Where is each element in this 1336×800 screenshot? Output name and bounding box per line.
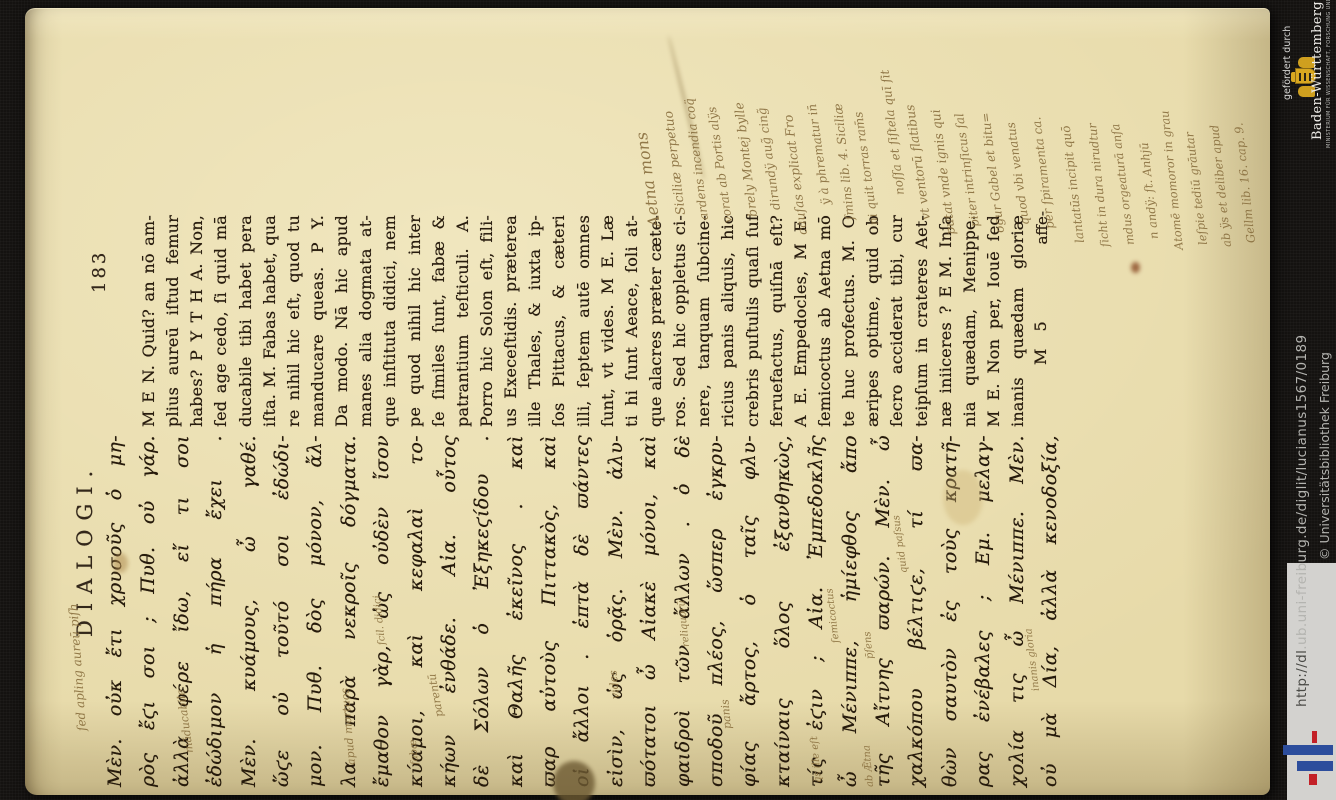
latin-text-line: ſed age cedo, ſi quid mā	[209, 215, 233, 427]
latin-text-line: pe quod nihil hic inter	[403, 215, 427, 427]
latin-text-line: ti hi ſunt Aeace, ſoli at-	[620, 215, 644, 427]
latin-text-line: manes alia dogmata at-	[354, 215, 378, 427]
greek-text-line: Μὲν. οὐκ ἔτι χρυσοῦς ὁ μη-	[99, 435, 132, 787]
greek-text-line: καὶ Θαλῆς ἐκεῖνος . καὶ	[500, 435, 533, 787]
latin-text-line: ros. Sed hic oppletus ci-	[668, 215, 692, 427]
latin-text-line: iſta. M. Fabas habet, qua	[258, 215, 282, 427]
signature-mark: M 5	[1031, 315, 1050, 365]
latin-column: M E N. Quid? an nō am-plius aureū iſtud …	[137, 215, 1030, 427]
latin-text-line: ſos Pittacus, & cæteri	[547, 215, 571, 427]
ink-stain	[553, 761, 595, 800]
greek-text-line: χολία τις ὦ Μένιππε. Μὲν.	[1001, 435, 1034, 787]
logo-blue-bar-short	[1297, 761, 1333, 771]
page-number: 183	[89, 250, 110, 293]
handwritten-margin-note: Siciliæ perpetuo	[660, 110, 688, 216]
latin-text-line: M E N. Quid? an nō am-	[137, 215, 161, 427]
handwritten-margin-note: ab ÿs et deliber apud	[1207, 124, 1234, 248]
ink-stain	[943, 470, 983, 525]
latin-text-line: Da modo. Nā hic apud	[330, 215, 354, 427]
greek-text-line: οὐ μὰ Δία, ἀλλὰ κενοδοξία,	[1034, 435, 1067, 787]
latin-text-line: que alacres præter cæte-	[644, 215, 668, 427]
ministry-label: MINISTERIUM FÜR WISSENSCHAFT, FORSCHUNG …	[1326, 0, 1332, 148]
greek-text-line: κταίναις ὅλος ἐξανθηκὼς,	[767, 435, 800, 787]
page-rotated-content: DIALOGI. 183 Μὲν. οὐκ ἔτι χρυσοῦς ὁ μη-ρ…	[25, 8, 1270, 795]
greek-text-line: ὦ Μένιππε, ἡμίεφθος ἄπο	[834, 435, 867, 787]
scanned-book-viewer: { "library_overlay": { "funding_label": …	[0, 0, 1336, 800]
latin-text-line: habes? P Y T H A. Non,	[185, 215, 209, 427]
url-scheme-segment: http://dl	[1294, 650, 1310, 707]
arms-lion-bar	[1299, 73, 1301, 81]
handwritten-margin-note: ÿ à phrematur in̄	[805, 103, 833, 206]
latin-text-line: ſunt, vt vides. M E. Læ	[596, 215, 620, 427]
latin-text-line: ille Thales, & iuxta ip-	[523, 215, 547, 427]
latin-text-line: que inſtituta didici, nem	[378, 215, 402, 427]
latin-text-line: manducare queas. P Y.	[306, 215, 330, 427]
latin-text-line: ſecro acciderat tibi, cur	[885, 215, 909, 427]
latin-text-line: us Execeſtidis. præterea	[499, 215, 523, 427]
latin-text-line: næ iniiceres ? E M. Inſa	[934, 215, 958, 427]
greek-text-line: φίας ἄρτος, ὁ ταῖς φλυ-	[733, 435, 766, 787]
latin-text-line: ricius panis aliquis, hic	[716, 215, 740, 427]
ink-stain	[1131, 262, 1140, 273]
handwritten-gloss: fabæ	[408, 739, 421, 765]
handwritten-margin-note: leſpie tediū grāutar	[1182, 131, 1210, 246]
greek-text-line: Μὲν. κυάμους, ὦ γαθέ.	[233, 435, 266, 787]
greek-text-line: κήων ἐνθάδε. Αἰα. οὗτος	[433, 435, 466, 787]
latin-text-line: crebris puſtulis quaſi ſuf	[741, 215, 765, 427]
latin-text-line: M E. Non per, Iouē ſed	[982, 215, 1006, 427]
latin-text-line: ſe ſimiles ſunt, fabæ &	[427, 215, 451, 427]
handwritten-margin-note: mdus orgeaturā anſa	[1108, 123, 1137, 246]
handwritten-margin-note: quod vbi venatus	[1004, 121, 1032, 226]
greek-text-line: μον. Πυθ. δὸς μόνον, ἄλ-	[299, 435, 332, 787]
handwritten-margin-note: Aetna mons	[632, 131, 664, 228]
logo-red-tick-bottom	[1309, 774, 1317, 785]
copyright-notice: © Universitätsbibliothek Freiburg	[1317, 352, 1332, 560]
greek-text-line: εἰσὶν, ὡς ὁρᾷς. Μὲν. ἀλυ-	[600, 435, 633, 787]
greek-text-line: τῆς Αἴτνης ϖαρών. Μὲν. ὦ	[867, 435, 900, 787]
latin-text-line: teipſum in crateres Aet-	[910, 215, 934, 427]
greek-text-line: οἱ ἄλλοι . ἑπτὰ δὲ ϖάντες	[566, 435, 599, 787]
handwritten-margin-note: n andÿ: ſt. Anhjū	[1137, 142, 1161, 240]
resource-url: http://dl.ub.uni-freiburg.de/diglit/luci…	[1294, 334, 1310, 707]
signature-row: M 5 affe-	[1031, 215, 1057, 427]
handwritten-margin-note: Gellm lib. 16. cap. 9.	[1231, 122, 1258, 244]
handwritten-margin-note: piter intrinſicus ſal	[952, 112, 982, 228]
greek-text-line: ϖότατοι ὦ Αἰακὲ μόνοι, καὶ	[633, 435, 666, 787]
latin-text-line: nia quædam, Menippe.	[958, 215, 982, 427]
greek-text-line: ρὸς ἔϛι σοι ; Πυθ. οὐ γάρ.	[132, 435, 165, 787]
handwritten-margin-note: lantatūs incipit quō	[1059, 125, 1087, 244]
greek-text-line: δὲ Σόλων ὁ Ἐξηκεϛίδου .	[466, 435, 499, 787]
latin-text-line: ducabile tibi habet pera	[234, 215, 258, 427]
latin-text-line: re nihil hic eſt, quod tu	[282, 215, 306, 427]
greek-text-line: ἐδώδιμον ἡ πήρα ἔχει .	[199, 435, 232, 787]
greek-column: Μὲν. οὐκ ἔτι χρυσοῦς ὁ μη-ρὸς ἔϛι σοι ; …	[99, 435, 1067, 787]
latin-text-line: A E. Empedocles, M E.	[789, 215, 813, 427]
funder-name: Baden-Württemberg	[1310, 1, 1325, 140]
latin-text-line: Porro hic Solon eſt, fili-	[475, 215, 499, 427]
ink-stain	[113, 553, 128, 573]
handwritten-margin-note: ſicht in dura nirudtur	[1085, 122, 1112, 247]
url-path-segment: .ub.uni-freiburg.de/diglit/lucianus1567/…	[1294, 334, 1310, 649]
handwritten-gloss: panis	[718, 699, 734, 730]
handwritten-margin-note: noſſa et ſiſtela quī ſit	[878, 69, 907, 196]
handwritten-margin-note: dirundÿ aug̃ cing̃	[755, 107, 783, 211]
latin-text-line: patrantium teſticuli. A.	[451, 215, 475, 427]
latin-text-line: nere, tanquam ſubcine-	[692, 215, 716, 427]
greek-text-line: σποδοῦ πλέος, ὥσπερ ἐγκρυ-	[700, 435, 733, 787]
latin-text-line: plius aureū iſtud femur	[161, 215, 185, 427]
greek-text-line: ὥϛε οὐ τοῦτό σοι ἐδώδι-	[266, 435, 299, 787]
latin-text-line: te huc profectus. M. O	[837, 215, 861, 427]
logo-red-tick-top	[1312, 731, 1317, 743]
handwritten-gloss: vides	[607, 670, 622, 700]
latin-text-line: æripes optime, quid ob	[861, 215, 885, 427]
book-page: DIALOGI. 183 Μὲν. οὐκ ἔτι χρυσοῦς ὁ μη-ρ…	[25, 8, 1270, 795]
latin-text-line: illi, ſeptem autē omnes	[572, 215, 596, 427]
latin-text-line: feruefactus, quiſnā eſt?	[765, 215, 789, 427]
arms-lion-bar	[1304, 73, 1306, 81]
greek-text-line: ϖαρ αὐτοὺς Πιττακὸς, καὶ	[533, 435, 566, 787]
latin-text-line: ſemicoctus ab Aetna mō	[813, 215, 837, 427]
handwritten-margin-note: Atomē momoror in grau	[1157, 110, 1186, 251]
logo-blue-bar-long	[1283, 745, 1333, 755]
latin-text-line: inanis quædam gloriæ	[1006, 215, 1030, 427]
greek-text-line: χαλκόπου βέλτιϛε, τί ϖα-	[900, 435, 933, 787]
greek-text-line: κύαμοι, καὶ κεφαλαὶ το-	[400, 435, 433, 787]
